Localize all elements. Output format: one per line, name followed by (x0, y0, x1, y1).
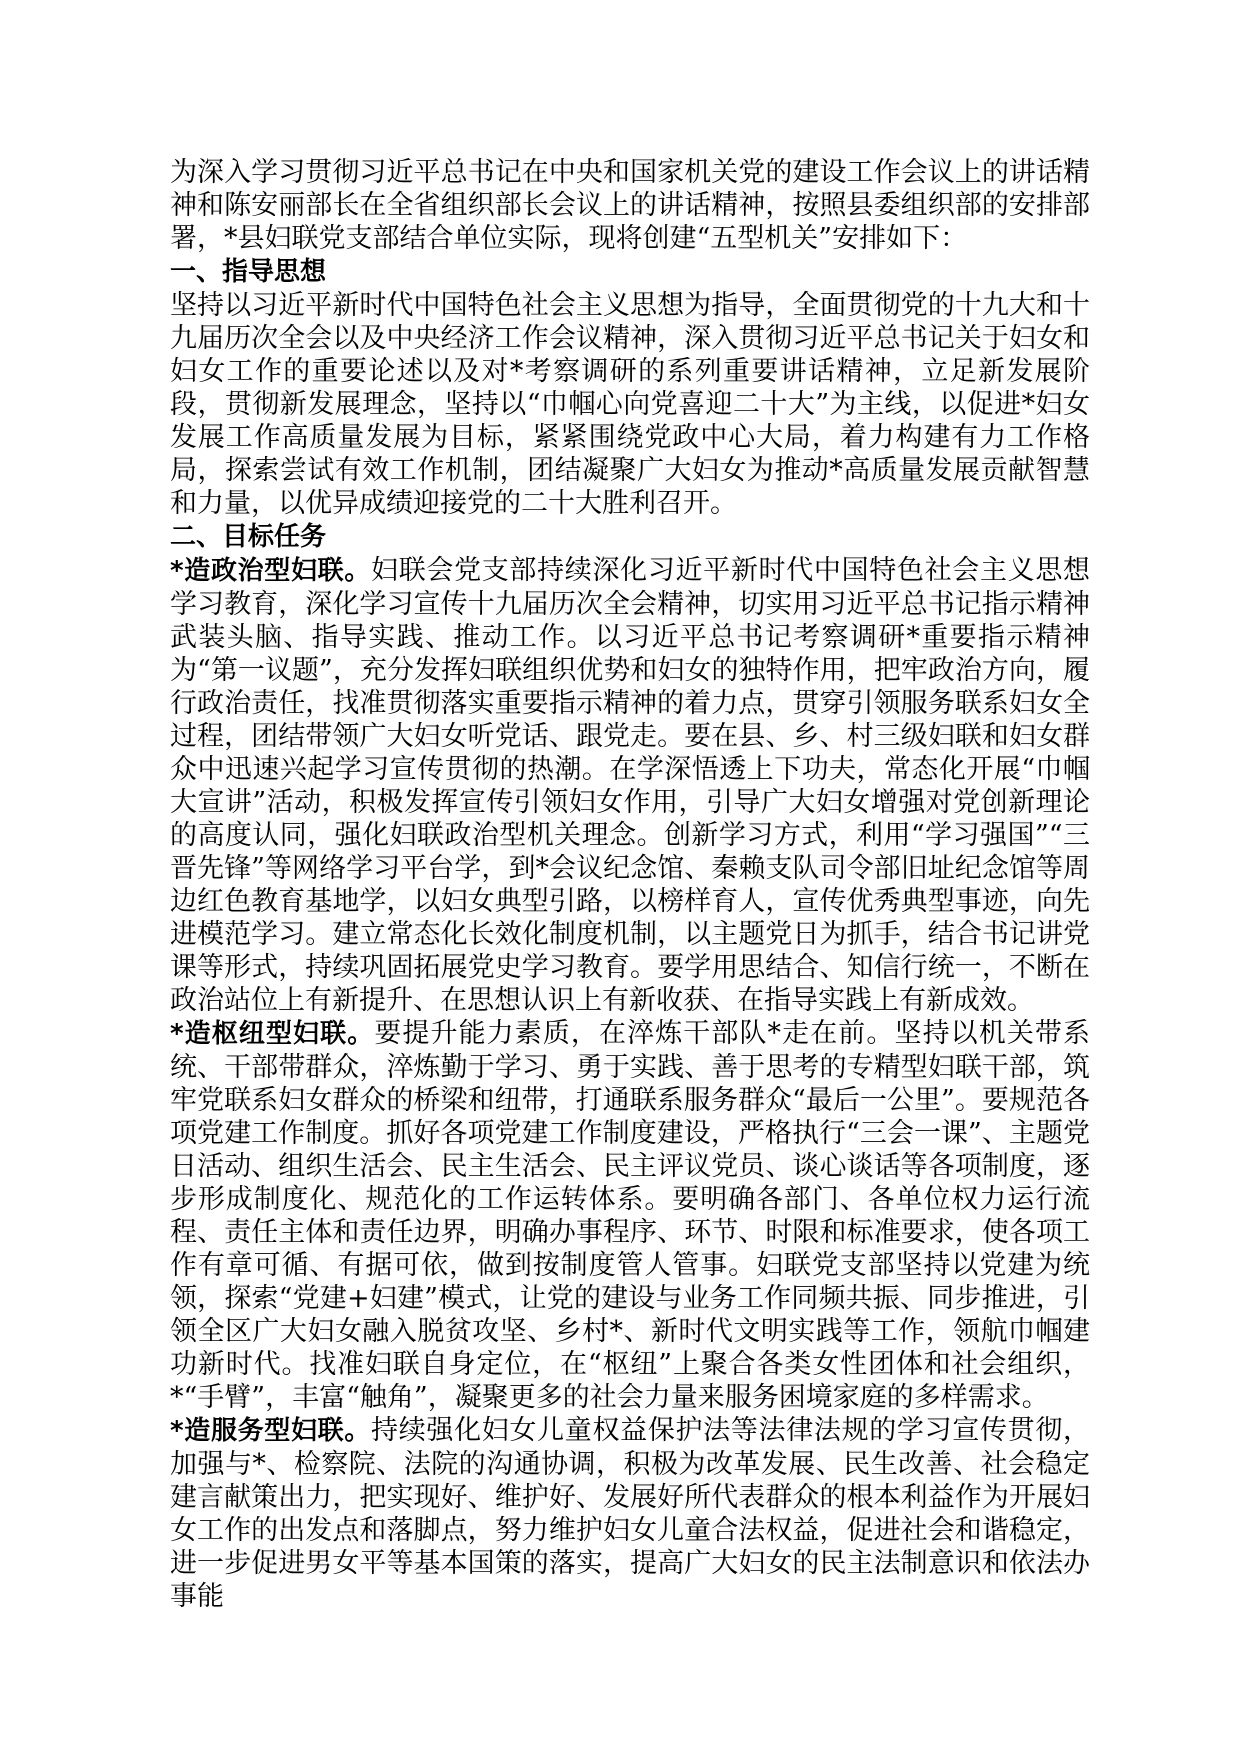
section-heading: 二、目标任务 (170, 520, 1090, 554)
text-run: 要提升能力素质，在淬炼干部队*走在前。坚持以机关带系统、干部带群众，淬炼勤于学习… (170, 1018, 1090, 1413)
document-content: 为深入学习贯彻习近平总书记在中央和国家机关党的建设工作会议上的讲话精神和陈安丽部… (170, 156, 1090, 1613)
paragraph: 为深入学习贯彻习近平总书记在中央和国家机关党的建设工作会议上的讲话精神和陈安丽部… (170, 156, 1090, 255)
document-page: 为深入学习贯彻习近平总书记在中央和国家机关党的建设工作会议上的讲话精神和陈安丽部… (0, 0, 1240, 1754)
text-run: 坚持以习近平新时代中国特色社会主义思想为指导，全面贯彻党的十九大和十九届历次全会… (170, 290, 1090, 519)
text-run: 为深入学习贯彻习近平总书记在中央和国家机关党的建设工作会议上的讲话精神和陈安丽部… (170, 157, 1090, 254)
bold-run: *造服务型妇联。 (170, 1416, 371, 1446)
paragraph: *造枢纽型妇联。要提升能力素质，在淬炼干部队*走在前。坚持以机关带系统、干部带群… (170, 1017, 1090, 1414)
paragraph: *造政治型妇联。妇联会党支部持续深化习近平新时代中国特色社会主义思想学习教育，深… (170, 554, 1090, 1017)
bold-run: 二、目标任务 (170, 522, 326, 552)
paragraph: 坚持以习近平新时代中国特色社会主义思想为指导，全面贯彻党的十九大和十九届历次全会… (170, 289, 1090, 520)
bold-run: *造政治型妇联。 (170, 556, 371, 586)
bold-run: 一、指导思想 (170, 257, 326, 287)
text-run: 妇联会党支部持续深化习近平新时代中国特色社会主义思想学习教育，深化学习宣传十九届… (170, 555, 1090, 1016)
paragraph: *造服务型妇联。持续强化妇女儿童权益保护法等法律法规的学习宣传贯彻，加强与*、检… (170, 1414, 1090, 1613)
section-heading: 一、指导思想 (170, 255, 1090, 289)
bold-run: *造枢纽型妇联。 (170, 1019, 374, 1049)
